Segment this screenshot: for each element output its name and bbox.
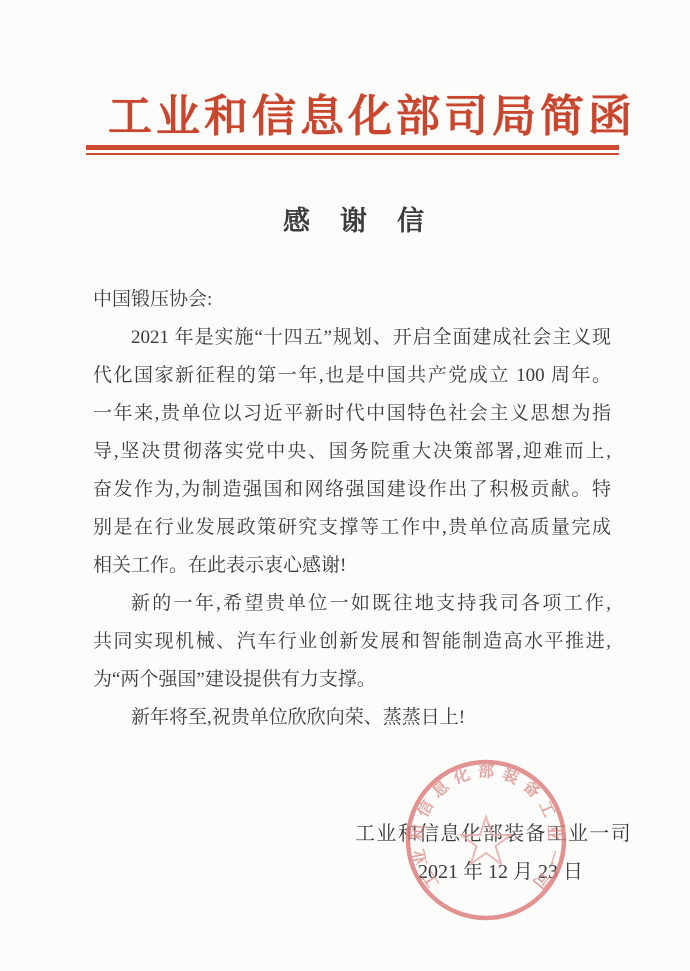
body-line: 一年来,贵单位以习近平新时代中国特色社会主义思想为指 bbox=[93, 395, 611, 433]
letter-title: 感谢信 bbox=[283, 199, 454, 238]
signature-org: 工业和信息化部装备工业一司 bbox=[355, 817, 632, 846]
salutation: 中国锻压协会: bbox=[93, 281, 611, 319]
body-line: 为“两个强国”建设提供有力支撑。 bbox=[93, 661, 611, 699]
body-line: 共同实现机械、汽车行业创新发展和智能制造高水平推进, bbox=[93, 623, 611, 661]
body-line: 导,坚决贯彻落实党中央、国务院重大决策部署,迎难而上, bbox=[93, 433, 611, 471]
body-line: 别是在行业发展政策研究支撑等工作中,贵单位高质量完成 bbox=[93, 509, 611, 547]
letter-body: 中国锻压协会: 2021 年是实施“十四五”规划、开启全面建成社会主义现 代化国… bbox=[93, 281, 611, 737]
signature-date: 2021 年 12 月 23 日 bbox=[418, 855, 583, 884]
body-line: 相关工作。在此表示衷心感谢! bbox=[93, 547, 611, 585]
letterhead-title: 工业和信息化部司局简函 bbox=[108, 80, 636, 144]
letterhead-divider-rule bbox=[86, 145, 619, 155]
body-line: 奋发作为,为制造强国和网络强国建设作出了积极贡献。特 bbox=[93, 471, 611, 509]
body-line: 代化国家新征程的第一年,也是中国共产党成立 100 周年。 bbox=[93, 357, 611, 395]
body-line: 新的一年,希望贵单位一如既往地支持我司各项工作, bbox=[93, 585, 611, 623]
body-line: 新年将至,祝贵单位欣欣向荣、蒸蒸日上! bbox=[93, 699, 611, 737]
scanned-letter-page: 工业和信息化部司局简函 感谢信 中国锻压协会: 2021 年是实施“十四五”规划… bbox=[0, 0, 690, 971]
body-line: 2021 年是实施“十四五”规划、开启全面建成社会主义现 bbox=[93, 319, 611, 357]
